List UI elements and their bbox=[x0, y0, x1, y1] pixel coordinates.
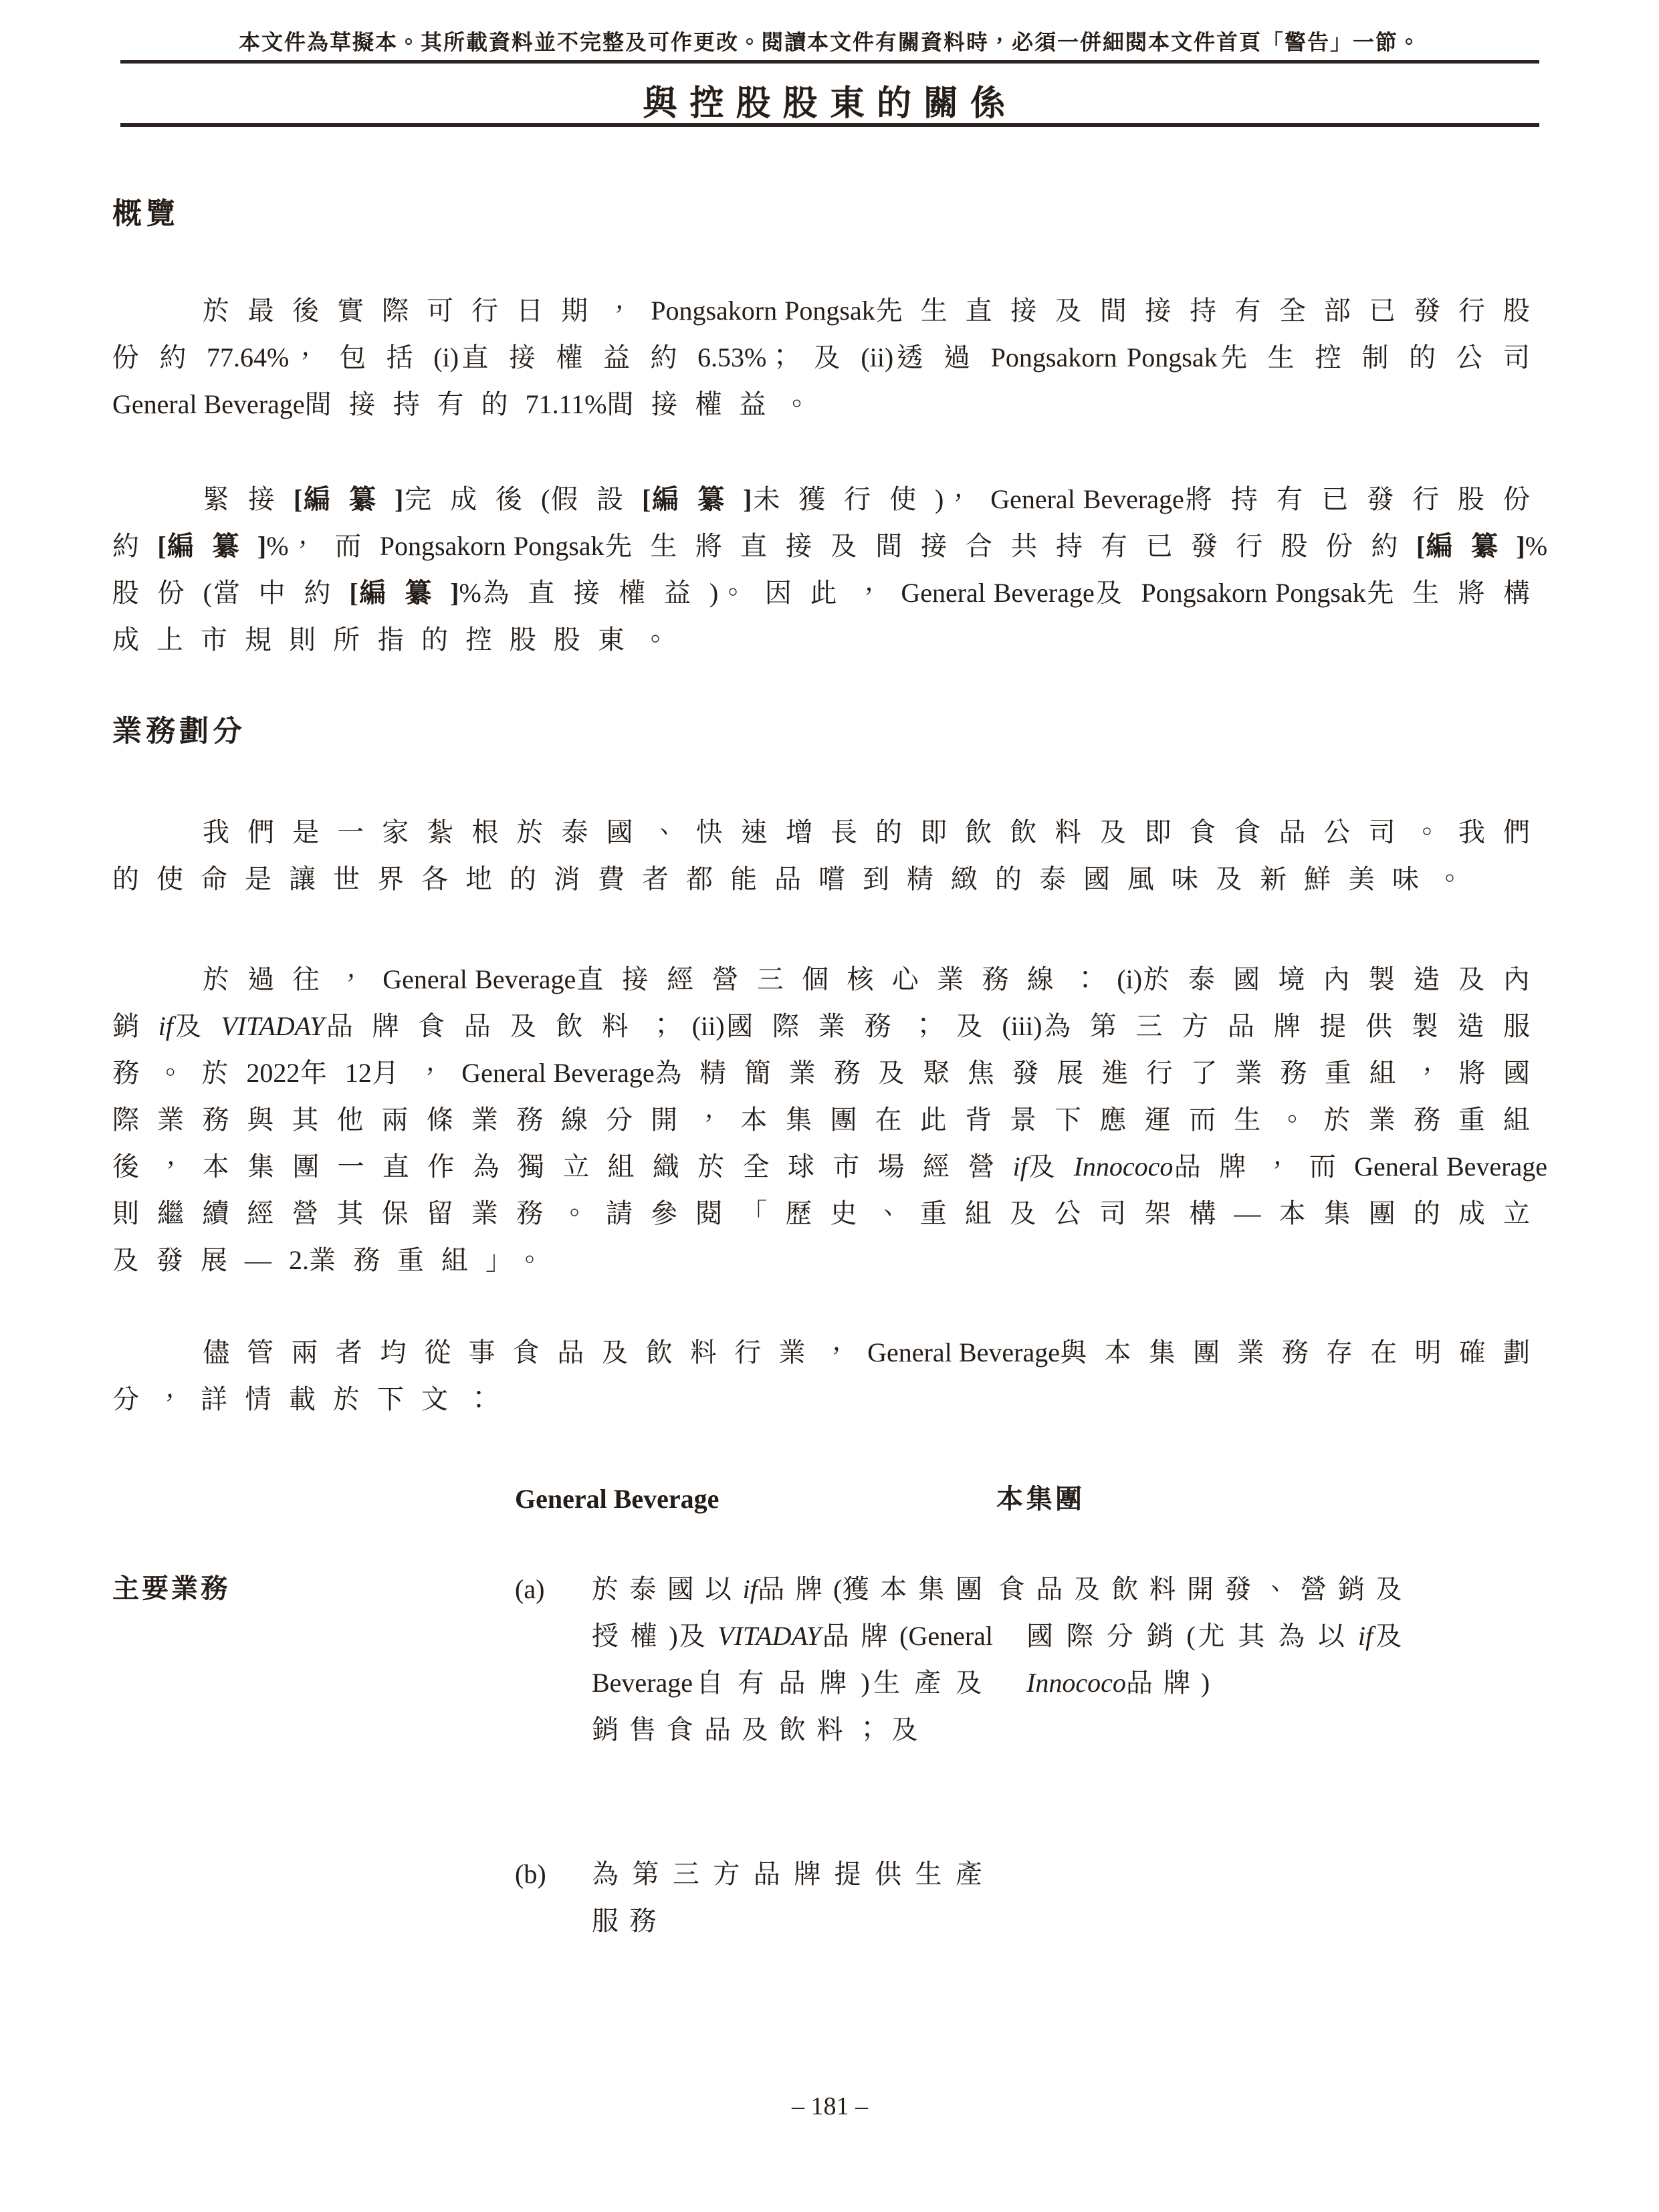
page-number: – 181 – bbox=[120, 2092, 1539, 2122]
header-top-rule bbox=[120, 60, 1539, 64]
table-row-label-principal-business: 主要業務 bbox=[112, 1575, 230, 1602]
general-beverage-business-item-b: 為第三方品牌提供生產服務 bbox=[592, 1851, 993, 1945]
table-header-general-beverage: General Beverage bbox=[515, 1486, 719, 1513]
title-underline-rule bbox=[120, 123, 1539, 127]
overview-paragraph-post-offering: 緊接[編纂]完成後(假設[編纂]未獲行使)，General Beverage將持… bbox=[112, 476, 1547, 663]
prospectus-page: 本文件為草擬本。其所載資料並不完整及可作更改。閱讀本文件有關資料時，必須一併細閱… bbox=[0, 0, 1659, 2212]
our-group-business-cell: 食品及飲料開發、營銷及國際分銷(尤其為以if及Innococo品牌) bbox=[998, 1566, 1413, 1706]
overview-paragraph-shareholding: 於最後實際可行日期，Pongsakorn Pongsak先生直接及間接持有全部已… bbox=[112, 288, 1547, 428]
business-paragraph-reorganisation: 於過往，General Beverage直接經營三個核心業務線：(i)於泰國境內… bbox=[112, 956, 1547, 1284]
business-paragraph-company-intro: 我們是一家紮根於泰國、快速增長的即飲飲料及即食食品公司。我們的使命是讓世界各地的… bbox=[112, 809, 1547, 903]
general-beverage-business-item-a: 於泰國以if品牌(獲本集團授權)及VITADAY品牌(General Bever… bbox=[592, 1566, 993, 1753]
page-title: 與控股股東的關係 bbox=[120, 75, 1539, 125]
draft-disclaimer: 本文件為草擬本。其所載資料並不完整及可作更改。閱讀本文件有關資料時，必須一併細閱… bbox=[120, 25, 1539, 56]
list-marker-b: (b) bbox=[515, 1851, 546, 1898]
table-header-our-group: 本集團 bbox=[996, 1486, 1085, 1513]
business-paragraph-delineation-intro: 儘管兩者均從事食品及飲料行業，General Beverage與本集團業務存在明… bbox=[112, 1329, 1547, 1423]
list-marker-a: (a) bbox=[515, 1566, 544, 1613]
section-heading-business-delineation: 業務劃分 bbox=[112, 717, 246, 746]
section-heading-overview: 概覽 bbox=[112, 199, 179, 229]
